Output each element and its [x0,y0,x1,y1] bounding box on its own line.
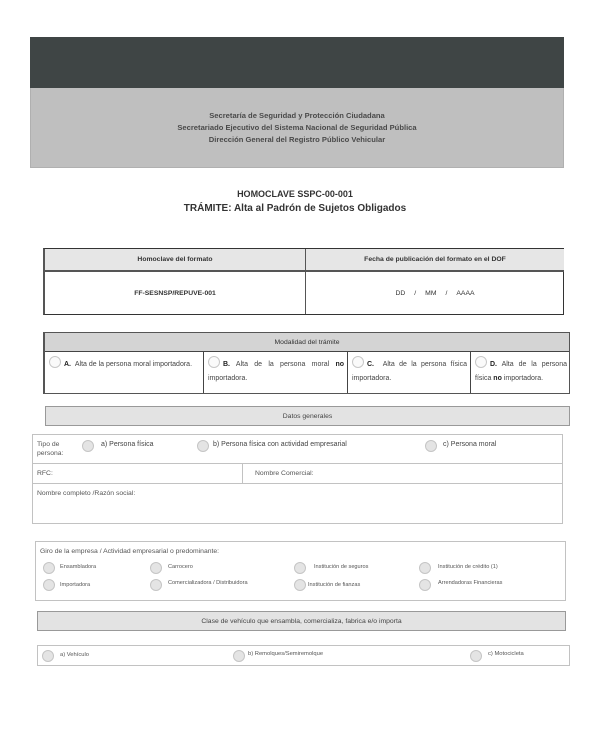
radio-remolques[interactable] [233,650,245,662]
option-importadora[interactable]: Importadora [60,582,90,588]
publication-date-field[interactable]: DD / MM / AAAA [306,272,564,314]
option-persona-fisica-empresarial[interactable]: b) Persona física con actividad empresar… [213,441,347,448]
giro-empresa-section: Giro de la empresa / Actividad empresari… [35,541,566,601]
radio-icon[interactable] [49,356,61,368]
agency-line-2: Secretariado Ejecutivo del Sistema Nacio… [177,122,416,134]
nombre-comercial-field[interactable] [244,464,562,483]
option-emphasis: no [493,375,502,382]
option-institucion-credito[interactable]: Institución de crédito (1) [438,564,498,570]
datos-generales-header: Datos generales [45,406,570,426]
option-institucion-fianzas[interactable]: Institución de fianzas [308,582,360,588]
date-day: DD [395,290,405,297]
option-arrendadoras[interactable]: Arrendadoras Financieras [438,580,502,586]
option-vehiculo[interactable]: a) Vehículo [60,652,89,658]
radio-carrocero[interactable] [150,562,162,574]
format-code: FF-SESNSP/REPUVE-001 [45,272,306,314]
document-titles: HOMOCLAVE SSPC-00-001 TRÁMITE: Alta al P… [0,188,590,217]
modalidad-header: Modalidad del trámite [45,333,569,352]
radio-icon[interactable] [352,356,364,368]
option-letter: C. [367,361,374,368]
radio-institucion-fianzas[interactable] [294,579,306,591]
radio-institucion-seguros[interactable] [294,562,306,574]
clase-vehiculo-options: a) Vehículo b) Remolques/Semiremolque c)… [37,645,570,666]
radio-persona-moral[interactable] [425,440,437,452]
radio-arrendadoras[interactable] [419,579,431,591]
clase-vehiculo-header: Clase de vehículo que ensambla, comercia… [37,611,566,631]
modalidad-option-c[interactable]: C. Alta de la persona física importadora… [348,352,471,393]
agency-line-1: Secretaría de Seguridad y Protección Ciu… [209,110,385,122]
option-persona-moral[interactable]: c) Persona moral [443,441,496,448]
option-text: importadora. [504,375,543,382]
nombre-completo-field[interactable] [33,484,562,523]
date-year: AAAA [456,290,474,297]
agency-header: Secretaría de Seguridad y Protección Ciu… [30,88,564,168]
option-emphasis: no [335,361,344,368]
radio-motocicleta[interactable] [470,650,482,662]
modalidad-option-d[interactable]: D. Alta de la persona física no importad… [471,352,570,393]
rfc-field[interactable] [33,464,243,483]
option-letter: A. [64,361,71,368]
date-separator: / [446,290,448,297]
format-table: Homoclave del formato Fecha de publicaci… [43,248,564,315]
modalidad-table: Modalidad del trámite A. Alta de la pers… [43,332,570,394]
option-comercializadora[interactable]: Comercializadora / Distribuidora [168,580,248,586]
agency-line-3: Dirección General del Registro Público V… [209,134,385,146]
modalidad-option-a[interactable]: A. Alta de la persona moral importadora. [45,352,204,393]
tramite-title: TRÁMITE: Alta al Padrón de Sujetos Oblig… [0,201,590,217]
radio-persona-fisica-empresarial[interactable] [197,440,209,452]
modalidad-option-b[interactable]: B. Alta de la persona moral no importado… [204,352,348,393]
homoclave-title: HOMOCLAVE SSPC-00-001 [0,188,590,201]
option-letter: B. [223,361,230,368]
radio-persona-fisica[interactable] [82,440,94,452]
header-banner [30,37,564,88]
radio-icon[interactable] [208,356,220,368]
option-text: Alta de la persona moral [236,361,329,368]
tipo-persona-label: Tipo de persona: [37,440,71,458]
radio-institucion-credito[interactable] [419,562,431,574]
date-month: MM [425,290,436,297]
homoclave-header: Homoclave del formato [45,249,306,272]
radio-vehiculo[interactable] [42,650,54,662]
radio-ensambladora[interactable] [43,562,55,574]
radio-comercializadora[interactable] [150,579,162,591]
option-institucion-seguros[interactable]: Institución de seguros [314,564,368,570]
date-separator: / [414,290,416,297]
radio-icon[interactable] [475,356,487,368]
radio-importadora[interactable] [43,579,55,591]
publication-date-header: Fecha de publicación del formato en el D… [306,249,564,272]
format-code-value: FF-SESNSP/REPUVE-001 [134,290,216,297]
option-letter: D. [490,361,497,368]
giro-label: Giro de la empresa / Actividad empresari… [40,547,219,556]
option-carrocero[interactable]: Carrocero [168,564,193,570]
option-ensambladora[interactable]: Ensambladora [60,564,96,570]
datos-generales-form: Tipo de persona: a) Persona física b) Pe… [32,434,563,524]
option-motocicleta[interactable]: c) Motocicleta [488,651,524,657]
option-persona-fisica[interactable]: a) Persona física [101,441,154,448]
option-text: Alta de la persona moral importadora. [75,361,192,368]
option-remolques[interactable]: b) Remolques/Semiremolque [248,651,323,657]
option-text: importadora. [208,375,247,382]
